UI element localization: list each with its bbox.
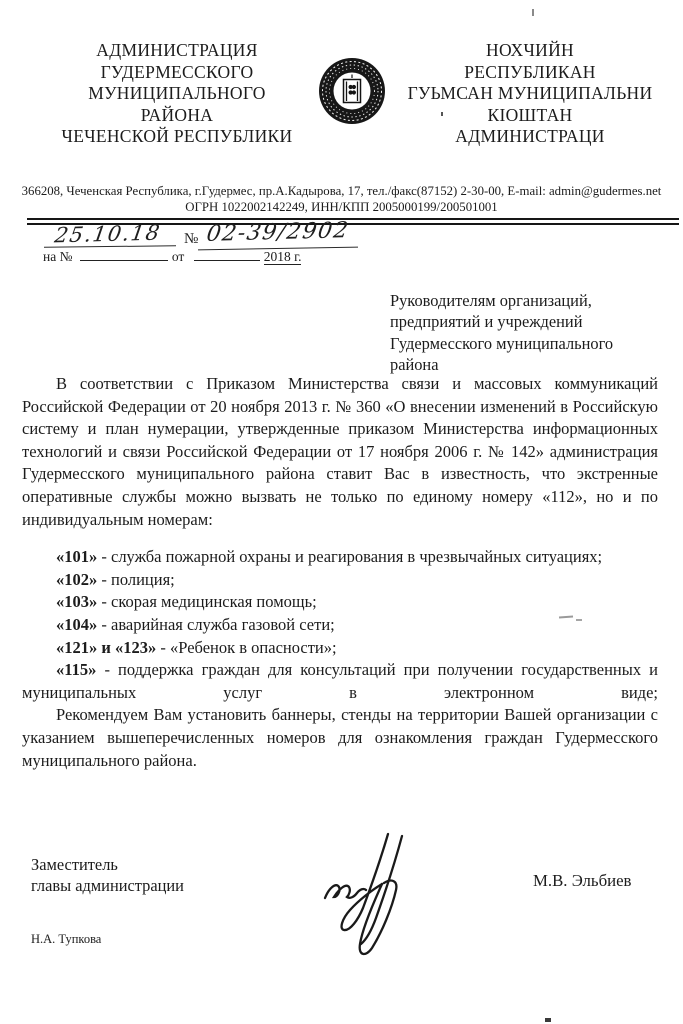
service-item-101: «101» - служба пожарной охраны и реагиро… [22, 546, 658, 569]
scan-speck [545, 1018, 551, 1022]
service-item-103: «103» - скорая медицинская помощь; [22, 591, 658, 614]
org-che-line-1: НОХЧИЙН [392, 40, 668, 62]
signer-position-line-1: Заместитель [31, 855, 184, 876]
district-seal-icon [317, 56, 387, 126]
service-desc-103: - скорая медицинская помощь; [101, 592, 316, 611]
service-desc-115: - поддержка граждан для консультаций при… [22, 660, 658, 702]
recipient-line-1: Руководителям организаций, [390, 290, 652, 311]
service-desc-121-123: - «Ребенок в опасности»; [160, 638, 336, 657]
service-desc-101: - служба пожарной охраны и реагирования … [101, 547, 602, 566]
scanned-letter-page: АДМИНИСТРАЦИЯ ГУДЕРМЕССКОГО МУНИЦИПАЛЬНО… [0, 0, 683, 1024]
year-label: 2018 г. [264, 249, 302, 265]
org-ru-line-4: РАЙОНА [48, 105, 306, 127]
recipient-line-3: Гудермесского муниципального [390, 333, 652, 354]
service-number-115: «115» [56, 660, 96, 679]
handwritten-date: 25.10.18 [53, 221, 163, 248]
service-number-103: «103» [56, 592, 97, 611]
reply-prefix-label: на № [43, 249, 72, 264]
org-che-line-5: АДМИНИСТРАЦИ [392, 126, 668, 148]
service-desc-102: - полиция; [101, 570, 174, 589]
signer-name: М.В. Эльбиев [533, 871, 631, 891]
service-number-101: «101» [56, 547, 97, 566]
letter-body: В соответствии с Приказом Министерства с… [22, 373, 658, 772]
scan-speck [441, 112, 443, 116]
reply-date-blank [194, 248, 260, 261]
org-name-chechen: НОХЧИЙН РЕСПУБЛИКАН ГУЬМСАН МУНИЦИПАЛЬНИ… [392, 40, 668, 148]
org-ru-line-3: МУНИЦИПАЛЬНОГО [48, 83, 306, 105]
recipient-block: Руководителям организаций, предприятий и… [390, 290, 652, 376]
closing-paragraph: Рекомендуем Вам установить баннеры, стен… [22, 704, 658, 772]
handwritten-outgoing-number: 02-39/2902 [205, 218, 351, 247]
service-number-102: «102» [56, 570, 97, 589]
reply-reference-row: на № от 2018 г. [43, 248, 301, 265]
recipient-line-2: предприятий и учреждений [390, 311, 652, 332]
signer-position-line-2: главы администрации [31, 876, 184, 897]
org-che-line-3: ГУЬМСАН МУНИЦИПАЛЬНИ [392, 83, 668, 105]
org-ru-line-5: ЧЕЧЕНСКОЙ РЕСПУБЛИКИ [48, 126, 306, 148]
org-che-line-4: КIОШТАН [392, 105, 668, 127]
seal-graphic [317, 56, 387, 126]
contact-block: 366208, Чеченская Республика, г.Гудермес… [0, 183, 683, 215]
service-number-121-123: «121» и «123» [56, 638, 156, 657]
intro-paragraph: В соответствии с Приказом Министерства с… [22, 373, 658, 531]
org-che-line-2: РЕСПУБЛИКАН [392, 62, 668, 84]
scan-speck [576, 619, 582, 621]
reply-number-blank [80, 248, 168, 261]
service-item-115: «115» - поддержка граждан для консультац… [22, 659, 658, 704]
org-ru-line-2: ГУДЕРМЕССКОГО [48, 62, 306, 84]
signer-position: Заместитель главы администрации [31, 855, 184, 896]
reply-from-label: от [172, 249, 184, 264]
handwritten-signature [320, 826, 425, 961]
org-name-russian: АДМИНИСТРАЦИЯ ГУДЕРМЕССКОГО МУНИЦИПАЛЬНО… [48, 40, 306, 148]
executor-name: Н.А. Тупкова [31, 932, 101, 947]
org-ru-line-1: АДМИНИСТРАЦИЯ [48, 40, 306, 62]
service-item-121-123: «121» и «123» - «Ребенок в опасности»; [22, 637, 658, 660]
service-desc-104: - аварийная служба газовой сети; [101, 615, 334, 634]
service-item-102: «102» - полиция; [22, 569, 658, 592]
service-number-104: «104» [56, 615, 97, 634]
signature-stroke [320, 826, 425, 961]
contact-ogrn-inn-line: ОГРН 1022002142249, ИНН/КПП 2005000199/2… [0, 199, 683, 215]
contact-address-line: 366208, Чеченская Республика, г.Гудермес… [0, 183, 683, 199]
scan-speck [532, 9, 534, 16]
number-sign: № [184, 231, 198, 248]
